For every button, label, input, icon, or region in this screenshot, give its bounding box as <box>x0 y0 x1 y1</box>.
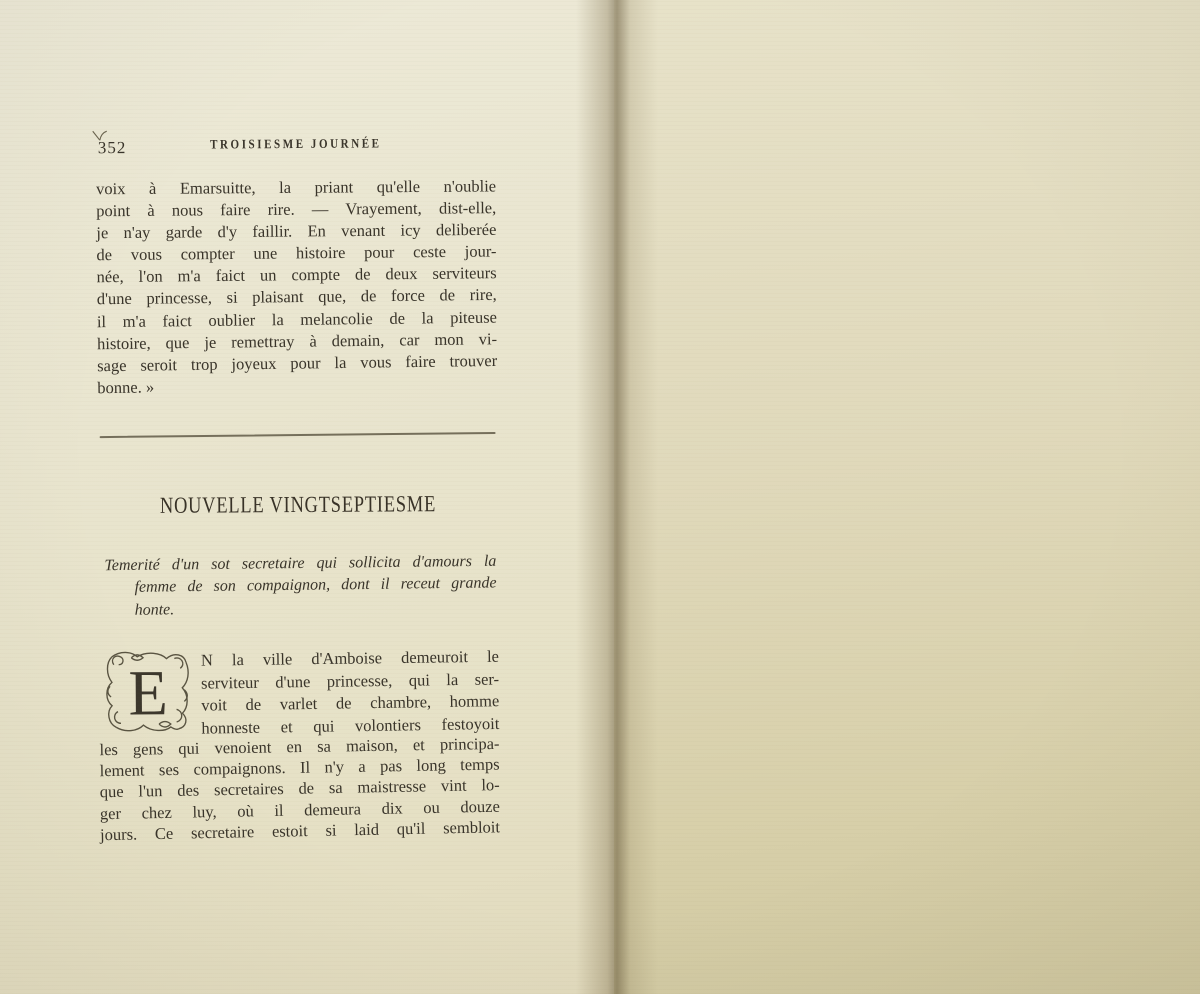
tale-argument: Temerité d'un sot secretaire qui sollici… <box>104 553 496 622</box>
drop-cap-letter: E <box>128 657 168 728</box>
running-title: TROISIESME JOURNÉE <box>126 135 466 153</box>
page-number: 352 <box>98 138 127 158</box>
section-divider <box>100 432 496 438</box>
opening-paragraph: E N la ville d'Amboise demeuroit leservi… <box>101 645 500 739</box>
left-page-header: 352 TROISIESME JOURNÉE <box>96 135 496 159</box>
book-photo: 352 TROISIESME JOURNÉE voix à Emarsuitte… <box>0 0 1200 994</box>
right-page: NOUVELLE VINGTSEPTIESME 353 mieux un roy… <box>614 0 1200 994</box>
text-line: honte. <box>105 595 497 622</box>
text-line: bonne. » <box>97 371 497 399</box>
drop-cap-initial: E <box>101 649 194 734</box>
left-page: 352 TROISIESME JOURNÉE voix à Emarsuitte… <box>0 0 614 994</box>
opening-full-lines: les gens qui venoient en sa maison, et p… <box>99 737 500 845</box>
left-paragraph: voix à Emarsuitte, la priant qu'elle n'o… <box>96 176 497 399</box>
opening-indented-lines: N la ville d'Amboise demeuroit leservite… <box>201 648 500 740</box>
section-heading: NOUVELLE VINGTSEPTIESME <box>138 491 458 519</box>
